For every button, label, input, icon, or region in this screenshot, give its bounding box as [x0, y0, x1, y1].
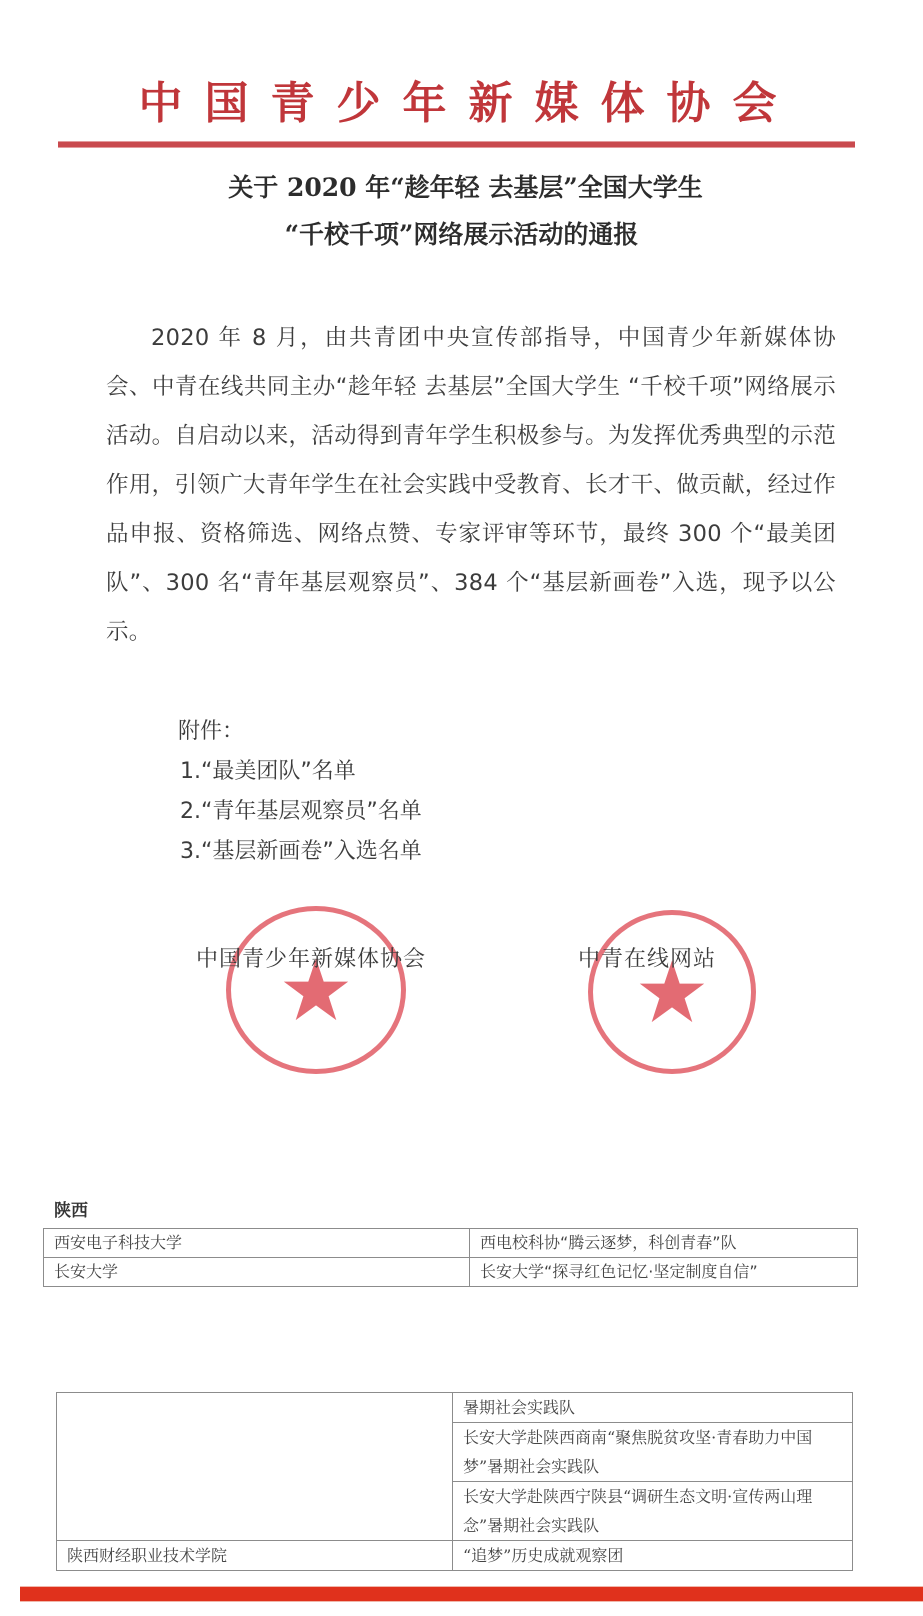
official-seal-right: [588, 910, 756, 1074]
attachment-item: 3.“基层新画卷”入选名单: [106, 832, 422, 872]
team-table-2: 暑期社会实践队 长安大学赴陕西商南“聚焦脱贫攻坚·青春助力中国梦”暑期社会实践队…: [56, 1392, 853, 1571]
attachment-item: 2.“青年基层观察员”名单: [106, 792, 422, 832]
table-row: 长安大学 长安大学“探寻红色记忆·坚定制度自信”: [44, 1258, 858, 1287]
team-cell: 长安大学赴陕西宁陕县“调研生态文明·宣传两山理念”暑期社会实践队: [453, 1482, 853, 1541]
footer-red-bar: [20, 1586, 923, 1602]
team-cell: 长安大学赴陕西商南“聚焦脱贫攻坚·青春助力中国梦”暑期社会实践队: [453, 1423, 853, 1482]
school-cell: 长安大学: [44, 1258, 470, 1287]
table-row: 暑期社会实践队: [57, 1393, 853, 1423]
table-row: 陕西财经职业技术学院 “追梦”历史成就观察团: [57, 1541, 853, 1571]
table-row: 西安电子科技大学 西电校科协“腾云逐梦，科创青春”队: [44, 1229, 858, 1258]
official-seal-left: [226, 906, 406, 1074]
school-cell: 陕西财经职业技术学院: [57, 1541, 453, 1571]
masthead-rule: [58, 141, 855, 148]
document-title-line1: 关于 2020 年“趁年轻 去基层”全国大学生: [0, 170, 923, 206]
team-cell: 暑期社会实践队: [453, 1393, 853, 1423]
team-table-1: 西安电子科技大学 西电校科协“腾云逐梦，科创青春”队 长安大学 长安大学“探寻红…: [43, 1228, 858, 1287]
signature-right: 中青在线网站: [578, 942, 716, 973]
attachments-heading: 附件：: [106, 712, 422, 752]
team-cell: 西电校科协“腾云逐梦，科创青春”队: [470, 1229, 858, 1258]
school-cell: 西安电子科技大学: [44, 1229, 470, 1258]
region-heading: 陕西: [54, 1196, 88, 1221]
signature-left: 中国青少年新媒体协会: [196, 942, 426, 973]
body-paragraph: 2020 年 8 月，由共青团中央宣传部指导，中国青少年新媒体协会、中青在线共同…: [106, 314, 836, 657]
masthead-organization: 中国青少年新媒体协会: [0, 78, 923, 130]
team-cell: 长安大学“探寻红色记忆·坚定制度自信”: [470, 1258, 858, 1287]
school-cell-merged: [57, 1393, 453, 1541]
document-title-line2: “千校千项”网络展示活动的通报: [0, 217, 923, 253]
team-cell: “追梦”历史成就观察团: [453, 1541, 853, 1571]
attachment-item: 1.“最美团队”名单: [106, 752, 422, 792]
attachments-list: 附件： 1.“最美团队”名单 2.“青年基层观察员”名单 3.“基层新画卷”入选…: [106, 712, 422, 872]
